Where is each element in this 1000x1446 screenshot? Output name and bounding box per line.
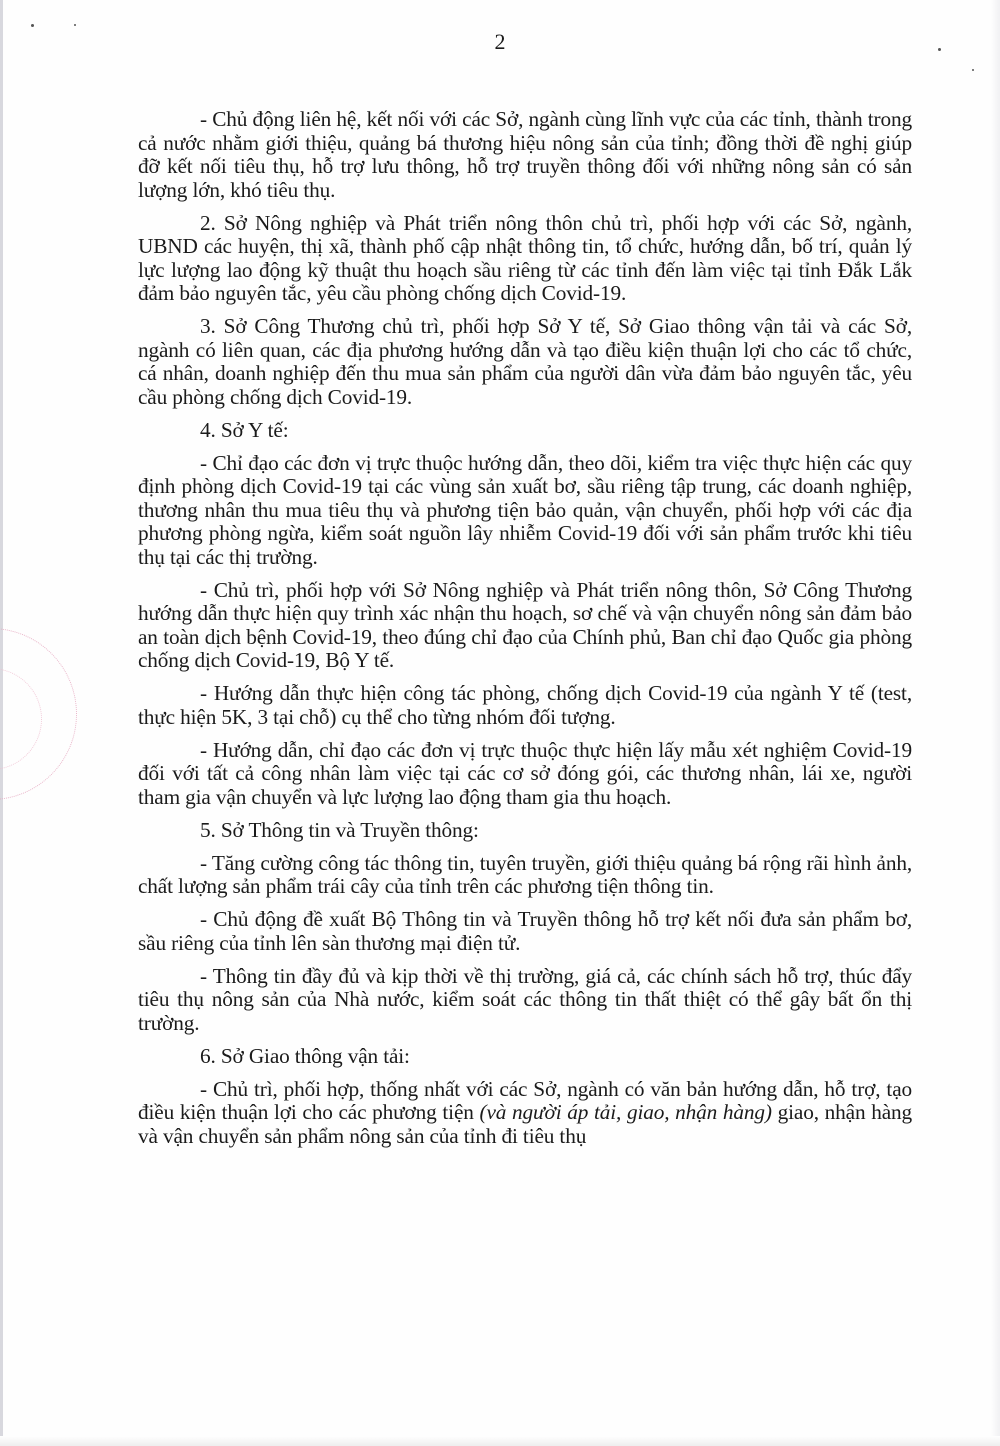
paragraph-contact-provinces: - Chủ động liên hệ, kết nối với các Sở, … <box>138 108 912 202</box>
document-page: 2 - Chủ động liên hệ, kết nối với các Sở… <box>0 0 1000 1446</box>
scan-speck <box>31 24 34 27</box>
page-bottom-edge <box>0 1436 1000 1446</box>
page-number: 2 <box>0 28 1000 56</box>
paragraph-item-2-agriculture: 2. Sở Nông nghiệp và Phát triển nông thô… <box>138 212 912 306</box>
paragraph-info-promotion: - Tăng cường công tác thông tin, tuyên t… <box>138 852 912 899</box>
document-body: - Chủ động liên hệ, kết nối với các Sở, … <box>138 108 912 1158</box>
scan-speck <box>74 24 76 26</box>
paragraph-transport-guidance: - Chủ trì, phối hợp, thống nhất với các … <box>138 1078 912 1149</box>
heading-item-6-transport: 6. Sở Giao thông vận tải: <box>138 1045 912 1069</box>
paragraph-health-5k-guidance: - Hướng dẫn thực hiện công tác phòng, ch… <box>138 682 912 729</box>
page-right-edge <box>990 0 1000 1446</box>
heading-item-5-information: 5. Sở Thông tin và Truyền thông: <box>138 819 912 843</box>
paragraph-health-direct-units: - Chỉ đạo các đơn vị trực thuộc hướng dẫ… <box>138 452 912 570</box>
heading-item-4-health: 4. Sở Y tế: <box>138 419 912 443</box>
paragraph-health-harvest-process: - Chủ trì, phối hợp với Sở Nông nghiệp v… <box>138 579 912 673</box>
paragraph-transport-italic-note: (và người áp tải, giao, nhận hàng) <box>480 1100 772 1124</box>
paragraph-info-market: - Thông tin đầy đủ và kịp thời về thị tr… <box>138 965 912 1036</box>
scan-speck <box>972 69 974 71</box>
paragraph-health-testing: - Hướng dẫn, chỉ đạo các đơn vị trực thu… <box>138 739 912 810</box>
paragraph-item-3-industry-trade: 3. Sở Công Thương chủ trì, phối hợp Sở Y… <box>138 315 912 409</box>
paragraph-info-ecommerce: - Chủ động đề xuất Bộ Thông tin và Truyề… <box>138 908 912 955</box>
